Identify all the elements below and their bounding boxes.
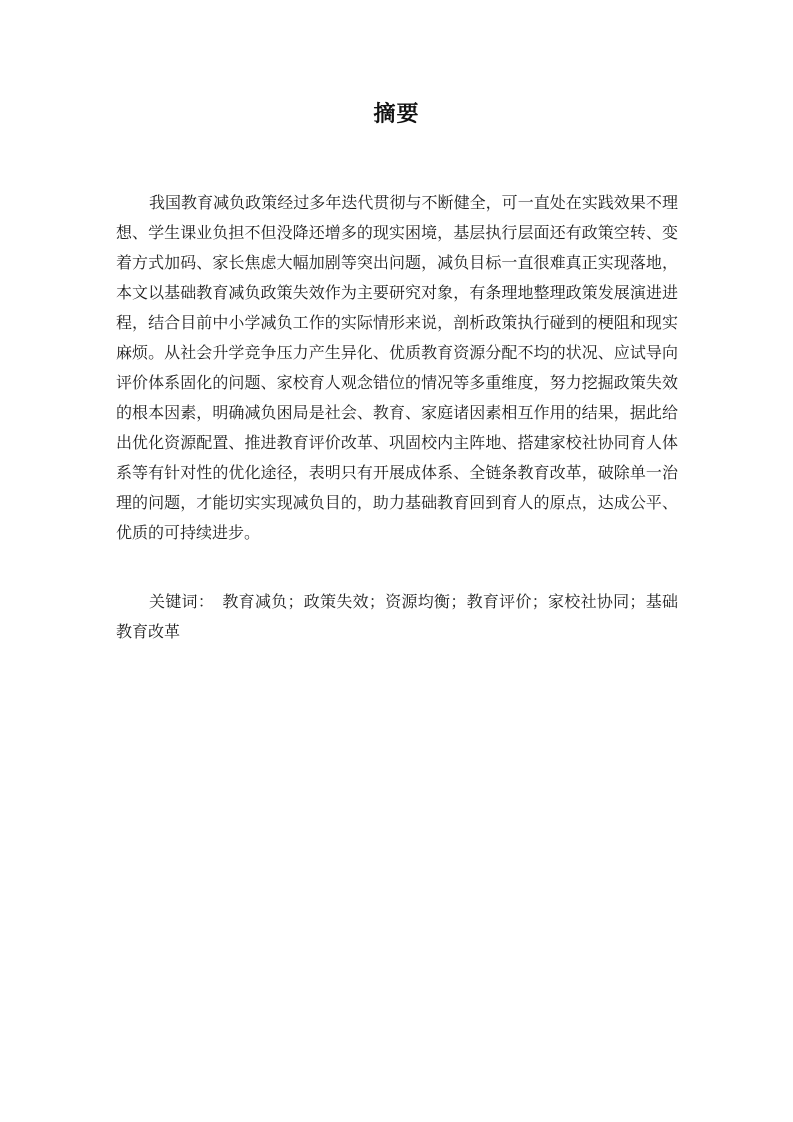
abstract-line: 系等有针对性的优化途径，表明只有开展成体系、全链条教育改革，破除单一治 [116,459,678,489]
abstract-line: 优质的可持续进步。 [116,519,678,549]
abstract-line: 我国教育减负政策经过多年迭代贯彻与不断健全，可一直处在实践效果不理 [116,189,678,219]
page-title: 摘要 [0,0,793,127]
document-page: 摘要 我国教育减负政策经过多年迭代贯彻与不断健全，可一直处在实践效果不理 想、学… [0,0,793,1122]
abstract-line: 本文以基础教育减负政策失效作为主要研究对象，有条理地整理政策发展演进进 [116,279,678,309]
abstract-line: 程，结合目前中小学减负工作的实际情形来说，剖析政策执行碰到的梗阻和现实 [116,309,678,339]
abstract-paragraph: 我国教育减负政策经过多年迭代贯彻与不断健全，可一直处在实践效果不理 想、学生课业… [116,189,678,549]
abstract-line: 出优化资源配置、推进教育评价改革、巩固校内主阵地、搭建家校社协同育人体 [116,429,678,459]
abstract-line: 的根本因素，明确减负困局是社会、教育、家庭诸因素相互作用的结果，据此给 [116,399,678,429]
abstract-line: 理的问题，才能切实实现减负目的，助力基础教育回到育人的原点，达成公平、 [116,489,678,519]
abstract-line: 想、学生课业负担不但没降还增多的现实困境，基层执行层面还有政策空转、变 [116,219,678,249]
abstract-line: 评价体系固化的问题、家校育人观念错位的情况等多重维度，努力挖掘政策失效 [116,369,678,399]
keywords-line: 教育改革 [116,618,678,648]
keywords-line: 关键词： 教育减负；政策失效；资源均衡；教育评价；家校社协同；基础 [116,588,678,618]
keywords-paragraph: 关键词： 教育减负；政策失效；资源均衡；教育评价；家校社协同；基础 教育改革 [116,588,678,648]
abstract-line: 着方式加码、家长焦虑大幅加剧等突出问题，减负目标一直很难真正实现落地， [116,249,678,279]
abstract-line: 麻烦。从社会升学竞争压力产生异化、优质教育资源分配不均的状况、应试导向 [116,339,678,369]
